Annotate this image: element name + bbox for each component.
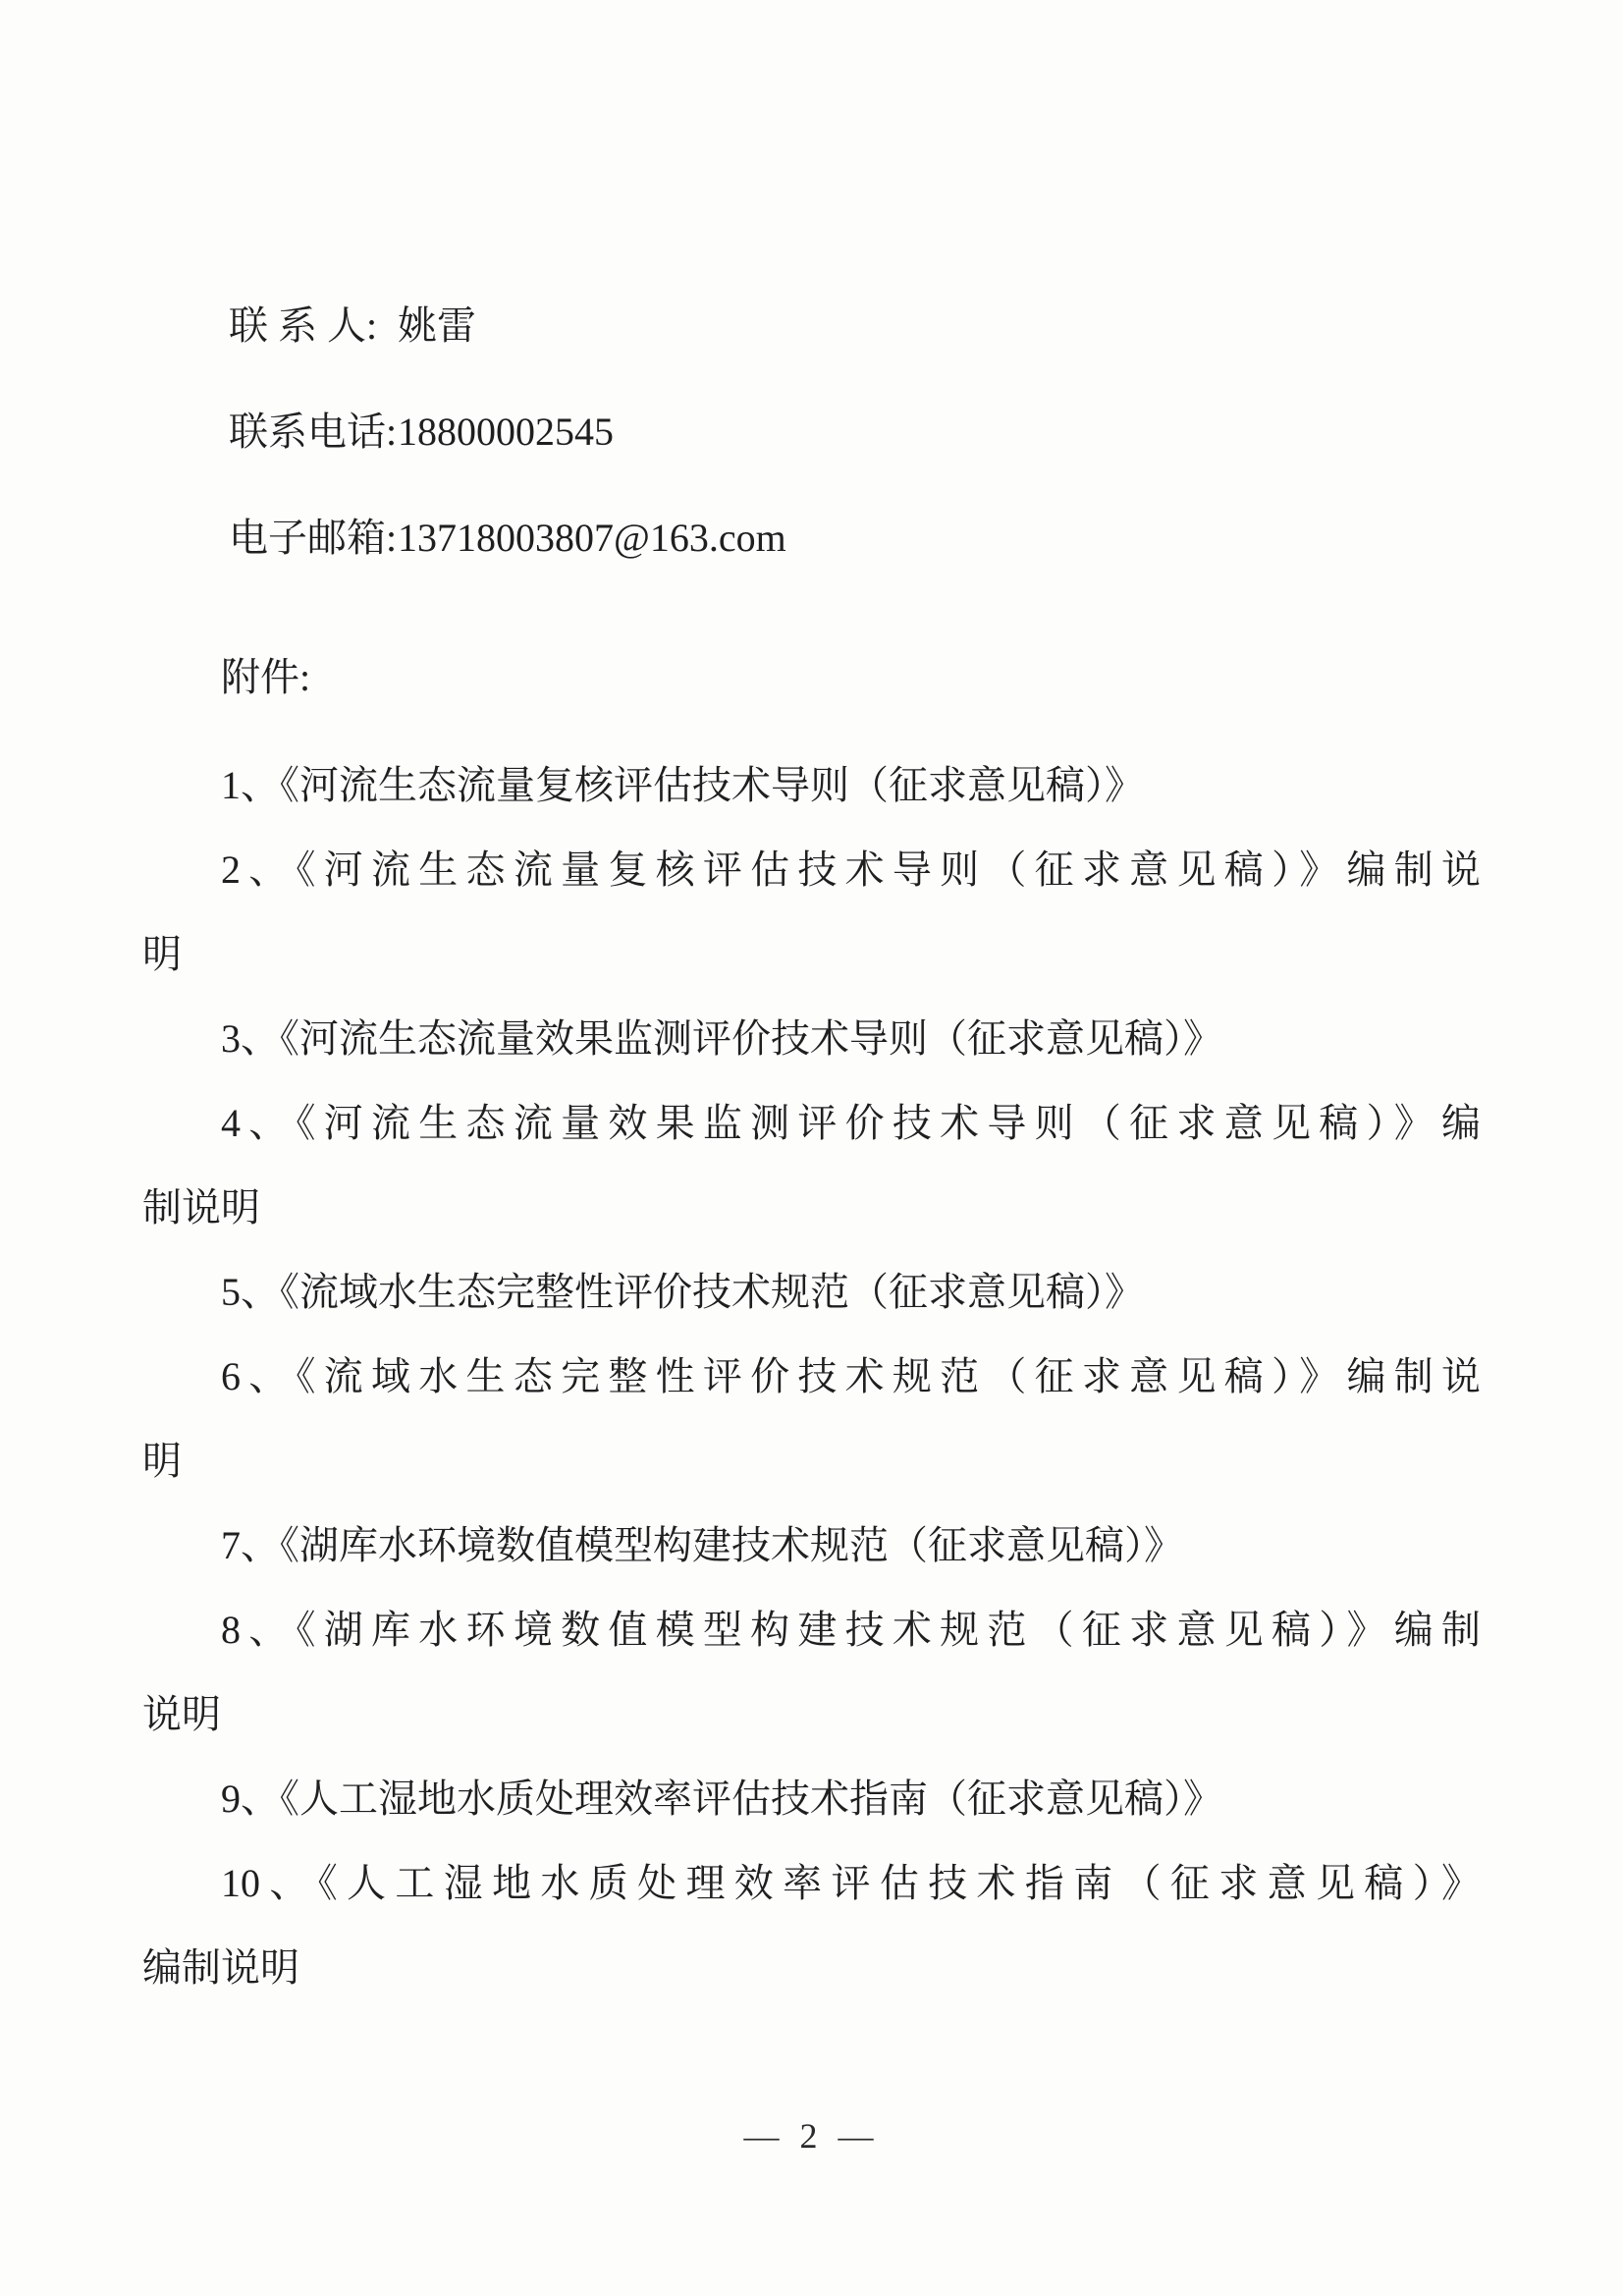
- attachment-item-2-line2: 明: [142, 912, 1481, 997]
- attachment-item-2-line1: 2、《河流生态流量复核评估技术导则（征求意见稿）》编制说: [142, 828, 1481, 912]
- contact-phone-value: 18800002545: [398, 379, 614, 485]
- attachment-item-8-line2: 说明: [142, 1672, 1481, 1757]
- attachment-item-4: 4、《河流生态流量效果监测评价技术导则（征求意见稿）》编 制说明: [142, 1081, 1481, 1250]
- contact-email-label: 电子邮箱:: [229, 485, 398, 591]
- attachment-item-6: 6、《流域水生态完整性评价技术规范（征求意见稿）》编制说 明: [142, 1335, 1481, 1503]
- attachment-item-5-line1: 5、《流域水生态完整性评价技术规范（征求意见稿）》: [142, 1250, 1481, 1335]
- attachment-item-8-line1: 8、《湖库水环境数值模型构建技术规范（征求意见稿）》编制: [142, 1588, 1481, 1672]
- attachment-item-8: 8、《湖库水环境数值模型构建技术规范（征求意见稿）》编制 说明: [142, 1588, 1481, 1757]
- attachment-item-3-line1: 3、《河流生态流量效果监测评价技术导则（征求意见稿）》: [142, 997, 1481, 1081]
- attachment-item-5: 5、《流域水生态完整性评价技术规范（征求意见稿）》: [142, 1250, 1481, 1335]
- attachment-item-6-line2: 明: [142, 1419, 1481, 1503]
- attachment-item-3: 3、《河流生态流量效果监测评价技术导则（征求意见稿）》: [142, 997, 1481, 1081]
- attachment-item-2: 2、《河流生态流量复核评估技术导则（征求意见稿）》编制说 明: [142, 828, 1481, 997]
- attachment-item-7-line1: 7、《湖库水环境数值模型构建技术规范（征求意见稿）》: [142, 1503, 1481, 1588]
- attachment-item-1-line1: 1、《河流生态流量复核评估技术导则（征求意见稿）》: [142, 743, 1481, 828]
- contact-phone-label: 联系电话:: [229, 379, 398, 485]
- contact-person-label: 联 系 人:: [229, 273, 398, 379]
- attachments-block: 附件: 1、《河流生态流量复核评估技术导则（征求意见稿）》 2、《河流生态流量复…: [142, 635, 1481, 2010]
- contact-email-row: 电子邮箱:13718003807@163.com: [142, 485, 1481, 591]
- attachment-item-9-line1: 9、《人工湿地水质处理效率评估技术指南（征求意见稿）》: [142, 1757, 1481, 1841]
- document-page: 联 系 人:姚雷 联系电话:18800002545 电子邮箱:137180038…: [0, 0, 1623, 2296]
- attachment-item-4-line1: 4、《河流生态流量效果监测评价技术导则（征求意见稿）》编: [142, 1081, 1481, 1166]
- contact-email-value: 13718003807@163.com: [398, 485, 786, 591]
- attachment-item-7: 7、《湖库水环境数值模型构建技术规范（征求意见稿）》: [142, 1503, 1481, 1588]
- attachment-item-10-line1: 10、《人工湿地水质处理效率评估技术指南（征求意见稿）》: [142, 1841, 1481, 1926]
- attachment-item-1: 1、《河流生态流量复核评估技术导则（征求意见稿）》: [142, 743, 1481, 828]
- page-number: — 2 —: [142, 2106, 1481, 2165]
- attachments-heading: 附件:: [142, 635, 1481, 720]
- contact-block: 联 系 人:姚雷 联系电话:18800002545 电子邮箱:137180038…: [142, 0, 1481, 591]
- contact-person-row: 联 系 人:姚雷: [142, 273, 1481, 379]
- attachment-item-10: 10、《人工湿地水质处理效率评估技术指南（征求意见稿）》 编制说明: [142, 1841, 1481, 2010]
- attachment-item-9: 9、《人工湿地水质处理效率评估技术指南（征求意见稿）》: [142, 1757, 1481, 1841]
- contact-person-value: 姚雷: [398, 273, 476, 379]
- attachment-item-4-line2: 制说明: [142, 1166, 1481, 1250]
- attachment-item-6-line1: 6、《流域水生态完整性评价技术规范（征求意见稿）》编制说: [142, 1335, 1481, 1419]
- contact-phone-row: 联系电话:18800002545: [142, 379, 1481, 485]
- attachment-item-10-line2: 编制说明: [142, 1926, 1481, 2010]
